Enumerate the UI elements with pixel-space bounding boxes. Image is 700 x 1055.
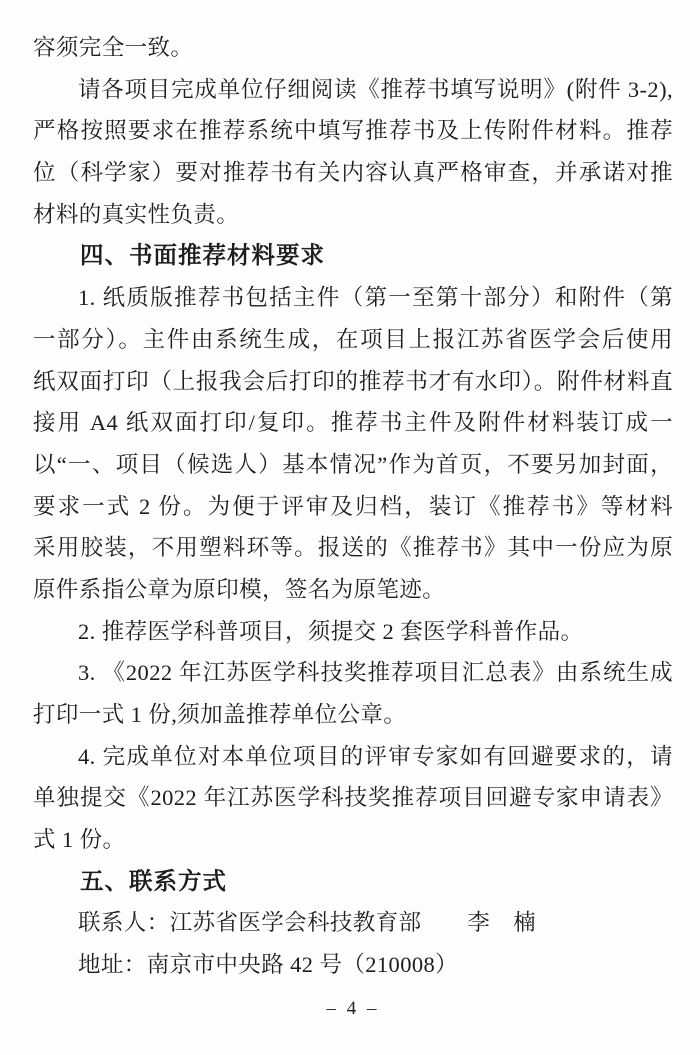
text-line: 联系人：江苏省医学会科技教育部 李 楠 [33,902,673,944]
text-line: 以“一、项目（候选人）基本情况”作为首页，不要另加封面， [33,444,673,486]
text-line: 3. 《2022 年江苏医学科技奖推荐项目汇总表》由系统生成 [33,652,673,694]
text-line: 原件系指公章为原印模，签名为原笔迹。 [33,569,673,611]
document-body: 容须完全一致。请各项目完成单位仔细阅读《推荐书填写说明》(附件 3-2),严格按… [33,27,673,986]
text-line: 1. 纸质版推荐书包括主件（第一至第十部分）和附件（第十 [33,277,673,319]
text-line: 一部分）。主件由系统生成，在项目上报江苏省医学会后使用 A4 [33,319,673,361]
text-line: 容须完全一致。 [33,27,673,69]
text-line: 采用胶装，不用塑料环等。报送的《推荐书》其中一份应为原件， [33,527,673,569]
section-heading: 四、书面推荐材料要求 [33,235,673,277]
text-line: 位（科学家）要对推荐书有关内容认真严格审查，并承诺对推荐 [33,152,673,194]
page-number: – 4 – [33,998,673,1020]
text-line: 地址：南京市中央路 42 号（210008） [33,944,673,986]
text-line: 单独提交《2022 年江苏医学科技奖推荐项目回避专家申请表》一 [33,777,673,819]
document-page: 容须完全一致。请各项目完成单位仔细阅读《推荐书填写说明》(附件 3-2),严格按… [0,0,700,1055]
text-line: 接用 A4 纸双面打印/复印。推荐书主件及附件材料装订成一册， [33,402,673,444]
text-line: 要求一式 2 份。为便于评审及归档，装订《推荐书》等材料时， [33,486,673,528]
text-line: 请各项目完成单位仔细阅读《推荐书填写说明》(附件 3-2), [33,69,673,111]
text-line: 打印一式 1 份,须加盖推荐单位公章。 [33,694,673,736]
text-line: 纸双面打印（上报我会后打印的推荐书才有水印）。附件材料直 [33,361,673,403]
text-line: 4. 完成单位对本单位项目的评审专家如有回避要求的，请 [33,736,673,778]
text-line: 材料的真实性负责。 [33,194,673,236]
section-heading: 五、联系方式 [33,861,673,903]
text-line: 严格按照要求在推荐系统中填写推荐书及上传附件材料。推荐单 [33,110,673,152]
text-line: 2. 推荐医学科普项目，须提交 2 套医学科普作品。 [33,611,673,653]
text-line: 式 1 份。 [33,819,673,861]
